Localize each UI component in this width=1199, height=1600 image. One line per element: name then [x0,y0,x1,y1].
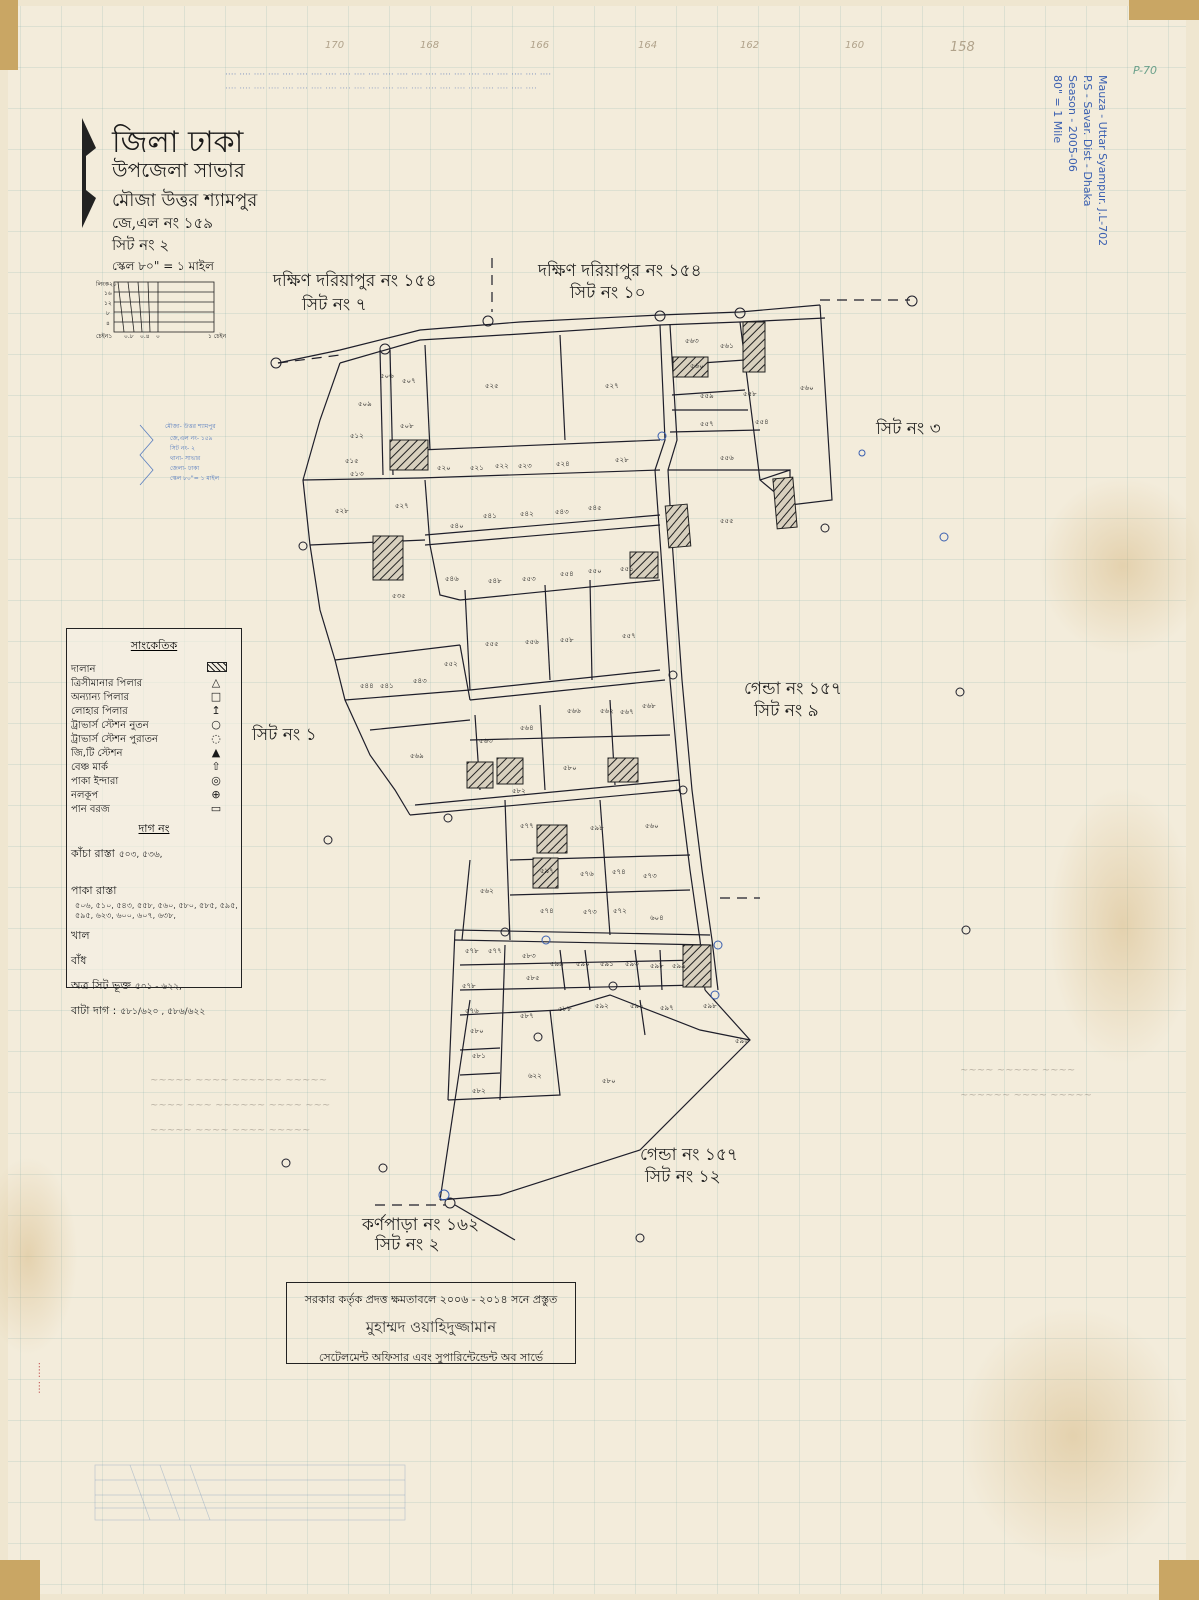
parcel-number: ৫৭৮ [462,980,476,992]
parcel-number: ৫৯২ [595,1000,609,1012]
parcel-number: ৫০৬ [380,370,394,382]
officer-designation: সেটেলমেন্ট অফিসার এবং সুপারিন্টেন্ডেন্ট … [287,1349,575,1368]
parcel-number: ৫৭৬ [580,868,594,880]
parcel-number: ৫২৮ [615,454,629,466]
legend-title: সাংকেতিক [67,637,241,656]
parcel-number: ৫৭৩ [583,906,597,918]
pencil-note: ~~~~~ ~~~~ ~~~~ ~~~~~ [150,1125,310,1136]
legend-split-plot: বাটা দাগ :৫৮১/৬২০ , ৫৮৬/৬২২ [67,1002,241,1021]
parcel-number: ৫৪০ [450,520,464,532]
parcel-number: ৫৫১ [620,563,634,575]
map-legend: সাংকেতিক দালান ত্রিসীমানার পিলার△ অন্যান… [66,628,242,988]
parcel-number: ৫৮০ [602,1075,616,1087]
bench-mark-icon: ⇧ [207,760,225,773]
parcel-number: ৫৫০ [588,565,602,577]
parcel-number: ৫৬৮ [642,700,656,712]
parcel-number: ৫৬৯ [410,750,424,762]
parcel-number: ৫৬৭ [620,706,634,718]
circle-icon: ○ [207,718,225,731]
legend-item-traverse-old: ট্রাভার্স স্টেশন পুরাতন◌ [67,732,241,746]
parcel-number: ৫৫৮ [743,388,757,400]
parcel-number: ৫৭৬ [465,1005,479,1017]
legend-item-pucca-well: পাকা ইন্দারা◎ [67,774,241,788]
parcel-number: ৫৭৭ [520,820,534,832]
adjacent-sheet-east-2: সিট নং ৯ [754,698,819,726]
parcel-number: ৫৬৪ [520,722,534,734]
filled-triangle-icon: ▲ [207,746,225,759]
adjacent-sheet-nw: সিট নং ৭ [302,292,367,320]
legend-item-traverse-new: ট্রাভার্স স্টেশন নুতন○ [67,718,241,732]
parcel-number: ৫১৩ [350,468,364,480]
parcel-number: ৫৬০ [800,382,814,394]
parcel-number: ৫৪৮ [488,575,502,587]
parcel-number: ৫৫৪ [755,416,769,428]
legend-canal: খাল [67,927,241,946]
parcel-number: ৫৫৯ [700,390,714,402]
parcel-number: ৫৮৩ [522,950,536,962]
parcel-number: ৫১৫ [345,455,359,467]
parcel-number: ৬২২ [528,1070,542,1082]
margin-note-line-2: P.S - Savar. Dist - Dhaka [1080,75,1095,206]
parcel-number: ৫৫৫ [485,638,499,650]
parcel-number: ৫৯১ [600,958,614,970]
legend-item-tube-well: নলকূপ⊕ [67,788,241,802]
parcel-number: ৫৮২ [472,1085,486,1097]
adjacent-sheet-south: সিট নং ২ [375,1232,440,1260]
certification-box: সরকার কর্তৃক প্রদত্ত ক্ষমতাবলে ২০০৬ - ২০… [286,1282,576,1364]
legend-item-other-pillar: অন্যান্য পিলার□ [67,690,241,704]
parcel-number: ৫৫৬ [525,636,539,648]
parcel-number: ৫৯৮ [650,960,664,972]
parcel-number: ৫৭৩ [643,870,657,882]
parcel-number: ৫৩৫ [392,590,406,602]
parcel-number: ৫৫৪ [560,568,574,580]
parcel-number: ৫৬৩ [479,735,493,747]
parcel-number: ৫৯৮ [703,1000,717,1012]
parcel-number: ৫০৮ [400,420,414,432]
pencil-note: ~~~~ ~~~ ~~~~~~ ~~~~ ~~~ [150,1100,330,1111]
legend-kacha-road: কাঁচা রাস্তা৫০৩, ৫৩৬, [67,845,241,864]
parcel-number: ৫৪১ [483,510,497,522]
parcel-number: ৫৯৭ [540,865,554,877]
parcel-number: ৫৭৪ [612,866,626,878]
parcel-number: ৬০৪ [650,912,664,924]
red-margin-note: ···· ····· [35,1362,46,1394]
parcel-number: ৫২০ [437,462,451,474]
parcel-number: ৫৮১ [472,1050,486,1062]
certification-statement: সরকার কর্তৃক প্রদত্ত ক্ষমতাবলে ২০০৬ - ২০… [287,1291,575,1310]
building-hatch-icon [207,662,227,672]
parcel-number: ৫২৭ [395,500,409,512]
legend-item-iron-pillar: লোহার পিলার↥ [67,704,241,718]
iron-pillar-icon: ↥ [207,704,225,717]
parcel-number: ৫৭২ [613,905,627,917]
parcel-number: ৫৫৮ [560,634,574,646]
parcel-number: ৫৭৪ [540,905,554,917]
parcel-number: ৫৫৭ [622,630,636,642]
parcel-number: ৫৪১ [380,680,394,692]
parcel-number: ৫২৪ [556,458,570,470]
parcel-number: ৫৫৭ [700,418,714,430]
dag-header: দাগ নং [67,820,241,839]
parcel-number: ৫৪৬ [445,573,459,585]
parcel-number: ৫৪৩ [413,675,427,687]
legend-item-gt-station: জি,টি স্টেশন▲ [67,746,241,760]
dotted-circle-icon: ◌ [207,732,225,745]
pencil-note: ~~~~~~ ~~~~ ~~~~~ [960,1090,1092,1101]
parcel-number: ৫৫৬ [720,452,734,464]
legend-item-bench-mark: বেঞ্চ মার্ক⇧ [67,760,241,774]
parcel-number: ৫০৭ [402,375,416,387]
parcel-number: ৫৫৩ [522,573,536,585]
legend-item-building: দালান [67,662,241,676]
parcel-number: ৫৬৩ [685,335,699,347]
rectangle-icon: ▭ [207,802,225,815]
square-icon: □ [207,690,225,703]
parcel-number: ৫৯৯ [550,958,564,970]
parcel-number: ৫৯৮ [590,822,604,834]
parcel-number: ৫৬২ [600,705,614,717]
legend-pucca-road: পাকা রাস্তা৫০৬, ৫১০, ৫৪৩, ৫৫৮, ৫৬০, ৫৮০,… [67,882,241,921]
parcel-number: ৫৮৭ [520,1010,534,1022]
legend-embankment: বাঁধ [67,952,241,971]
page-code: P-70 [1133,64,1157,77]
parcel-number: ৫৬০ [645,820,659,832]
parcel-number: ৫৬৬ [567,705,581,717]
parcel-number: ৫৮২ [512,785,526,797]
parcel-number: ৫২২ [495,460,509,472]
parcel-number: ৫৫২ [444,658,458,670]
parcel-number: ৫৪৩ [555,506,569,518]
pencil-note: ~~~~ ~~~~~ ~~~~ [960,1065,1075,1076]
margin-note-line-1: Mauza - Uttar Syampur. J.L-702 [1095,75,1110,246]
parcel-number: ৫৯১ [630,1000,644,1012]
parcel-number: ৫৯৩ [625,958,639,970]
parcel-number: ৫২৩ [518,460,532,472]
legend-item-trijunction-pillar: ত্রিসীমানার পিলার△ [67,676,241,690]
parcel-number: ৫২১ [470,462,484,474]
legend-item-betel-garden: পান বরজ▭ [67,802,241,816]
parcel-number: ৫৪৫ [588,502,602,514]
adjacent-sheet-se: সিট নং ১২ [645,1164,721,1192]
parcel-number: ৫৪২ [520,508,534,520]
parcel-number: ৫৮০ [470,1025,484,1037]
parcel-number: ৫৯৫ [735,1035,749,1047]
parcel-number: ৫০৯ [358,398,372,410]
margin-note-line-3: Season - 2005-06 [1065,75,1080,172]
parcel-number: ৫৮৫ [526,972,540,984]
parcel-number: ৫৫৫ [720,515,734,527]
legend-sheet-included: অত্র সিট ভূক্ত৫০১ - ৬২২, [67,977,241,996]
margin-note-line-4: 80" = 1 Mile [1050,75,1065,143]
parcel-number: ৫৮০ [563,762,577,774]
parcel-number: ৫৯০ [576,958,590,970]
parcel-number: ৫৯৯ [672,960,686,972]
parcel-number: ৫২৫ [485,380,499,392]
parcel-number: ৫৯৭ [660,1002,674,1014]
triangle-icon: △ [207,676,225,689]
parcel-number: ৫৮৮ [558,1003,572,1015]
parcel-number: ৫২৮ [335,505,349,517]
adjacent-sheet-east: সিট নং ৩ [876,416,941,444]
parcel-number: ৫১২ [350,430,364,442]
parcel-number: ৫৬২ [480,885,494,897]
adjacent-sheet-ne: সিট নং ১০ [570,280,646,308]
parcel-number: ৫৬০ [690,360,704,372]
parcel-number: ৫৭৭ [488,945,502,957]
double-circle-icon: ◎ [207,774,225,787]
adjacent-sheet-west: সিট নং ১ [252,722,317,750]
parcel-number: ৫৪৪ [360,680,374,692]
pencil-note: ~~~~~ ~~~~ ~~~~~~ ~~~~~ [150,1075,327,1086]
parcel-number: ৫২৭ [605,380,619,392]
parcel-number: ৫৭৮ [465,945,479,957]
circle-plus-icon: ⊕ [207,788,225,801]
officer-signature: মুহাম্মদ ওয়াহিদুজ্জামান [287,1316,575,1341]
parcel-number: ৫৬১ [720,340,734,352]
